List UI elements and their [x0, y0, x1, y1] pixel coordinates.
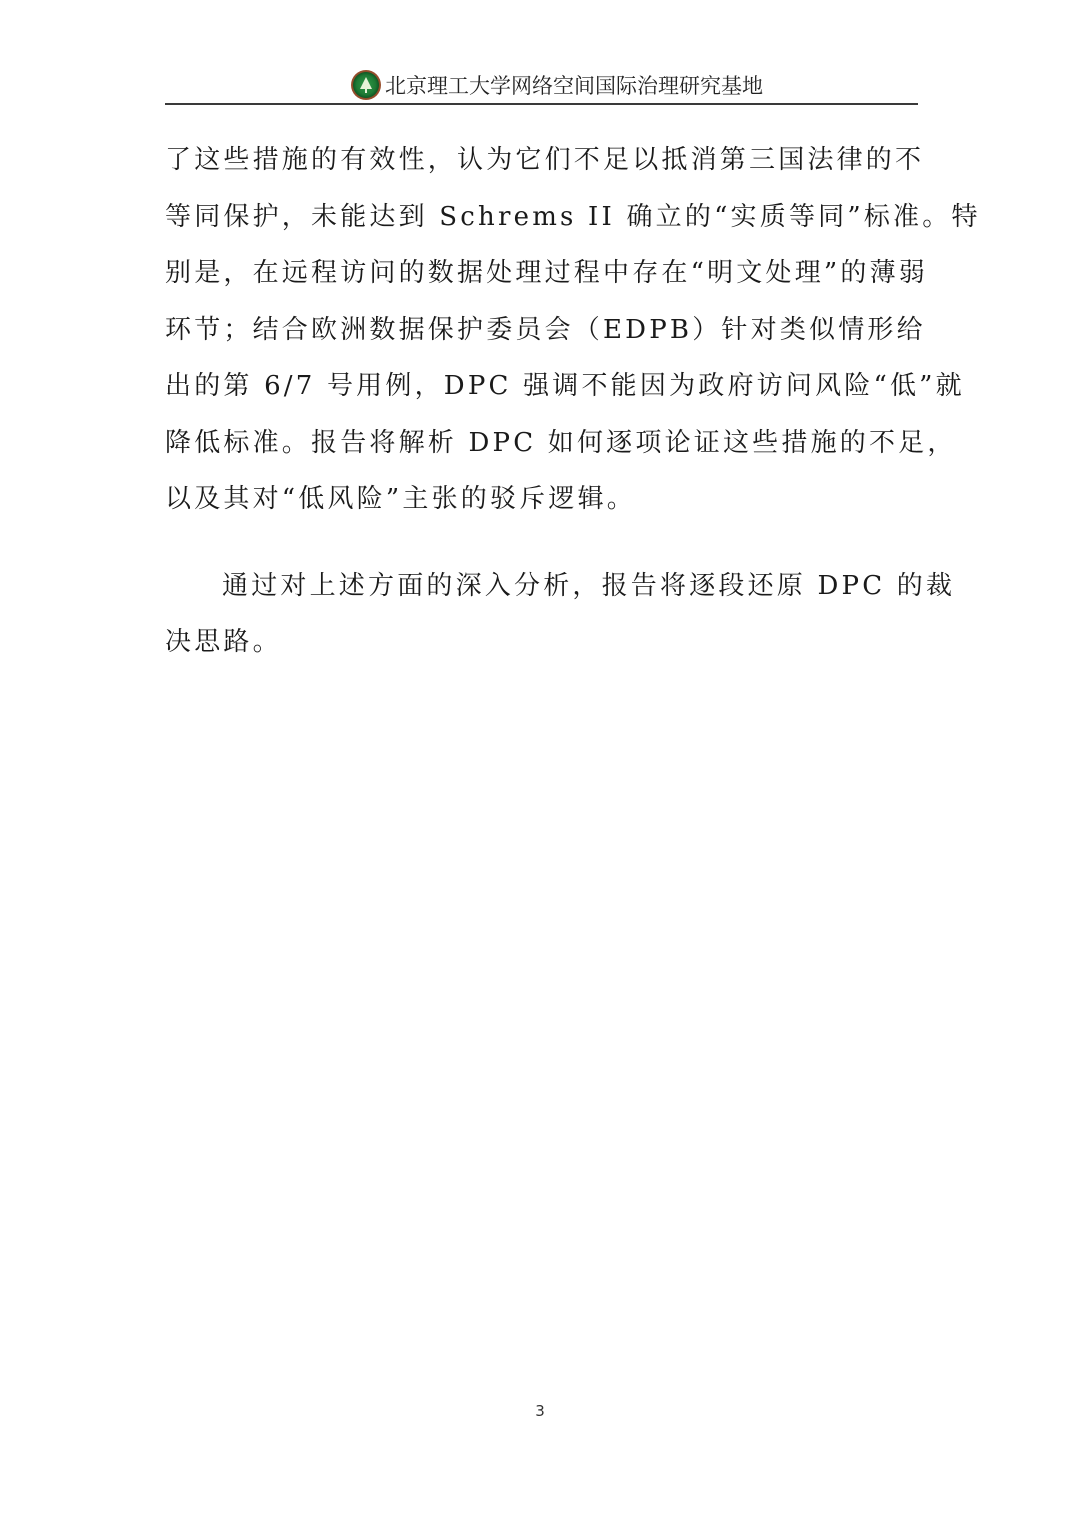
text-line: 出的第 6/7 号用例，DPC 强调不能因为政府访问风险“低”就: [165, 358, 918, 415]
university-emblem-icon: [351, 70, 381, 100]
text-line: 降低标准。报告将解析 DPC 如何逐项论证这些措施的不足，: [165, 415, 918, 472]
text-line: 通过对上述方面的深入分析，报告将逐段还原 DPC 的裁: [165, 558, 918, 615]
paragraph-2: 通过对上述方面的深入分析，报告将逐段还原 DPC 的裁 决思路。: [165, 558, 918, 671]
text-line: 决思路。: [165, 614, 918, 671]
text-line: 等同保护，未能达到 Schrems II 确立的“实质等同”标准。特: [165, 189, 918, 246]
paragraph-1: 了这些措施的有效性，认为它们不足以抵消第三国法律的不 等同保护，未能达到 Sch…: [165, 132, 918, 528]
header-title: 北京理工大学网络空间国际治理研究基地: [385, 70, 763, 100]
text-line: 别是，在远程访问的数据处理过程中存在“明文处理”的薄弱: [165, 245, 918, 302]
header-brand: 北京理工大学网络空间国际治理研究基地: [351, 70, 763, 100]
text-line: 环节；结合欧洲数据保护委员会（EDPB）针对类似情形给: [165, 302, 918, 359]
text-line: 了这些措施的有效性，认为它们不足以抵消第三国法律的不: [165, 132, 918, 189]
tree-trunk: [365, 88, 367, 93]
header-divider: [165, 103, 918, 105]
page-header: 北京理工大学网络空间国际治理研究基地: [165, 62, 918, 104]
document-body: 了这些措施的有效性，认为它们不足以抵消第三国法律的不 等同保护，未能达到 Sch…: [165, 132, 918, 671]
text-line: 以及其对“低风险”主张的驳斥逻辑。: [165, 471, 918, 528]
page-number: 3: [0, 1402, 1080, 1420]
